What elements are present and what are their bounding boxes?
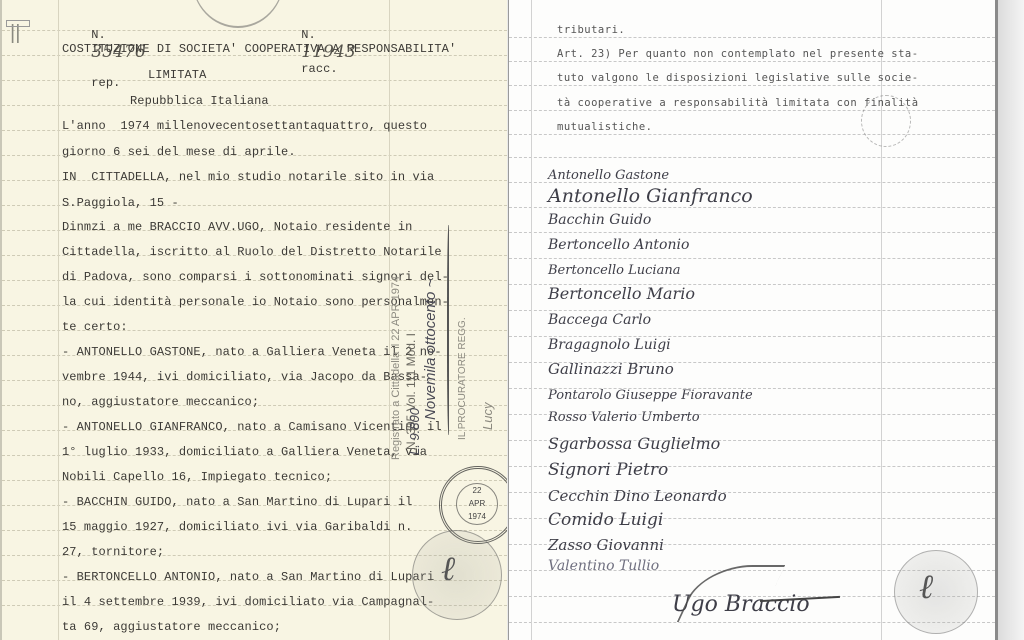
signature: Bertoncello Antonio bbox=[548, 237, 689, 253]
ruled-line bbox=[509, 157, 995, 158]
body-line: 1° luglio 1933, domiciliato a Galliera V… bbox=[62, 445, 427, 459]
signature: Baccega Carlo bbox=[548, 312, 651, 328]
signature: Rosso Valerio Umberto bbox=[548, 410, 700, 425]
registrar-signature: Lucy bbox=[480, 403, 495, 430]
top-stamp-arc bbox=[192, 0, 284, 28]
signature: Signori Pietro bbox=[548, 460, 668, 480]
signature: Antonello Gastone bbox=[548, 168, 669, 183]
seal-signature: ℓ bbox=[919, 567, 933, 607]
n-label: N. bbox=[91, 28, 106, 42]
signature: Bertoncello Luciana bbox=[548, 263, 680, 278]
body-line: L'anno 1974 millenovecentosettantaquattr… bbox=[62, 119, 427, 133]
body-line: 15 maggio 1927, domiciliato ivi via Gari… bbox=[62, 520, 412, 534]
notary-seal-right: ℓ bbox=[894, 550, 978, 634]
body-line: - BERTONCELLO ANTONIO, nato a San Martin… bbox=[62, 570, 434, 584]
signature: Bertoncello Mario bbox=[548, 284, 695, 303]
signature: Zasso Giovanni bbox=[548, 536, 664, 554]
signature: Comido Luigi bbox=[548, 510, 663, 530]
ruled-line bbox=[509, 258, 995, 259]
body-line: Dinmzi a me BRACCIO AVV.UGO, Notaio resi… bbox=[62, 220, 412, 234]
title-line-1: COSTITUZIONE DI SOCIETA' COOPERATIVA A R… bbox=[62, 42, 456, 56]
ruled-line bbox=[509, 37, 995, 38]
body-line: 27, tornitore; bbox=[62, 545, 164, 559]
body-line: S.Paggiola, 15 - bbox=[62, 196, 179, 210]
stamp-date: 22APR1974 bbox=[456, 483, 498, 525]
registration-stamp-line1: Registrato a Cittadella il 22 APR 1974 bbox=[390, 276, 402, 460]
margin-line bbox=[531, 0, 532, 640]
ruled-line bbox=[509, 110, 995, 111]
body-line: - ANTONELLO GIANFRANCO, nato a Camisano … bbox=[62, 420, 442, 434]
ruled-line bbox=[509, 207, 995, 208]
statute-line: tuto valgono le disposizioni legislative… bbox=[557, 72, 919, 84]
faint-stamp bbox=[861, 95, 911, 147]
header-line: N. 35476 rep. bbox=[62, 14, 146, 104]
signature: Bacchin Guido bbox=[548, 212, 651, 228]
ruled-line bbox=[509, 232, 995, 233]
n2-label: N. bbox=[301, 28, 316, 42]
subtitle: Repubblica Italiana bbox=[130, 94, 269, 108]
body-line: Cittadella, iscritto al Ruolo del Distre… bbox=[62, 245, 442, 259]
statute-line: Art. 23) Per quanto non contemplato nel … bbox=[557, 48, 919, 60]
body-line: IN CITTADELLA, nel mio studio notarile s… bbox=[62, 170, 434, 184]
registration-amount: L. 9.800 bbox=[407, 408, 422, 455]
body-line: vembre 1944, ivi domiciliato, via Jacopo… bbox=[62, 370, 427, 384]
title-line-2: LIMITATA bbox=[148, 68, 206, 82]
body-line: Nobili Capello 16, Impiegato tecnico; bbox=[62, 470, 332, 484]
margin-line bbox=[58, 0, 59, 640]
notary-seal-left: ℓ bbox=[412, 530, 502, 620]
rep-label: rep. bbox=[91, 76, 120, 90]
signature: Cecchin Dino Leonardo bbox=[548, 487, 727, 505]
margin-tab-mark bbox=[6, 20, 30, 27]
scan-margin bbox=[998, 0, 1024, 640]
body-line: - BACCHIN GUIDO, nato a San Martino di L… bbox=[62, 495, 412, 509]
body-line: ta 69, aggiustatore meccanico; bbox=[62, 620, 281, 634]
ruled-line bbox=[509, 61, 995, 62]
signature: Bragagnolo Luigi bbox=[548, 337, 671, 353]
statute-line: tributari. bbox=[557, 24, 625, 36]
ruled-line bbox=[509, 310, 995, 311]
body-line: il 4 settembre 1939, ivi domiciliato via… bbox=[62, 595, 434, 609]
registration-office: IL PROCURATORE REGG. bbox=[457, 317, 468, 440]
body-line: te certo: bbox=[62, 320, 128, 334]
ruled-line bbox=[509, 85, 995, 86]
body-line: no, aggiustatore meccanico; bbox=[62, 395, 259, 409]
racc-label: racc. bbox=[301, 62, 338, 76]
left-document-page: || N. 35476 rep. N. 11943 racc. COSTITUZ… bbox=[0, 0, 507, 640]
signature: Sgarbossa Guglielmo bbox=[548, 434, 720, 453]
signature: Valentino Tullio bbox=[548, 558, 659, 574]
body-line: - ANTONELLO GASTONE, nato a Galliera Ven… bbox=[62, 345, 442, 359]
statute-line: mutualistiche. bbox=[557, 121, 653, 133]
body-line: giorno 6 sei del mese di aprile. bbox=[62, 145, 296, 159]
signature: Pontarolo Giuseppe Fioravante bbox=[548, 388, 753, 403]
signature: Antonello Gianfranco bbox=[548, 185, 753, 207]
ruled-line bbox=[509, 134, 995, 135]
handwritten-bracket bbox=[447, 225, 451, 435]
signature: Gallinazzi Bruno bbox=[548, 360, 674, 378]
seal-signature: ℓ bbox=[441, 549, 455, 589]
registration-handwritten-amount: Novemila ottocento ~ bbox=[422, 279, 439, 420]
